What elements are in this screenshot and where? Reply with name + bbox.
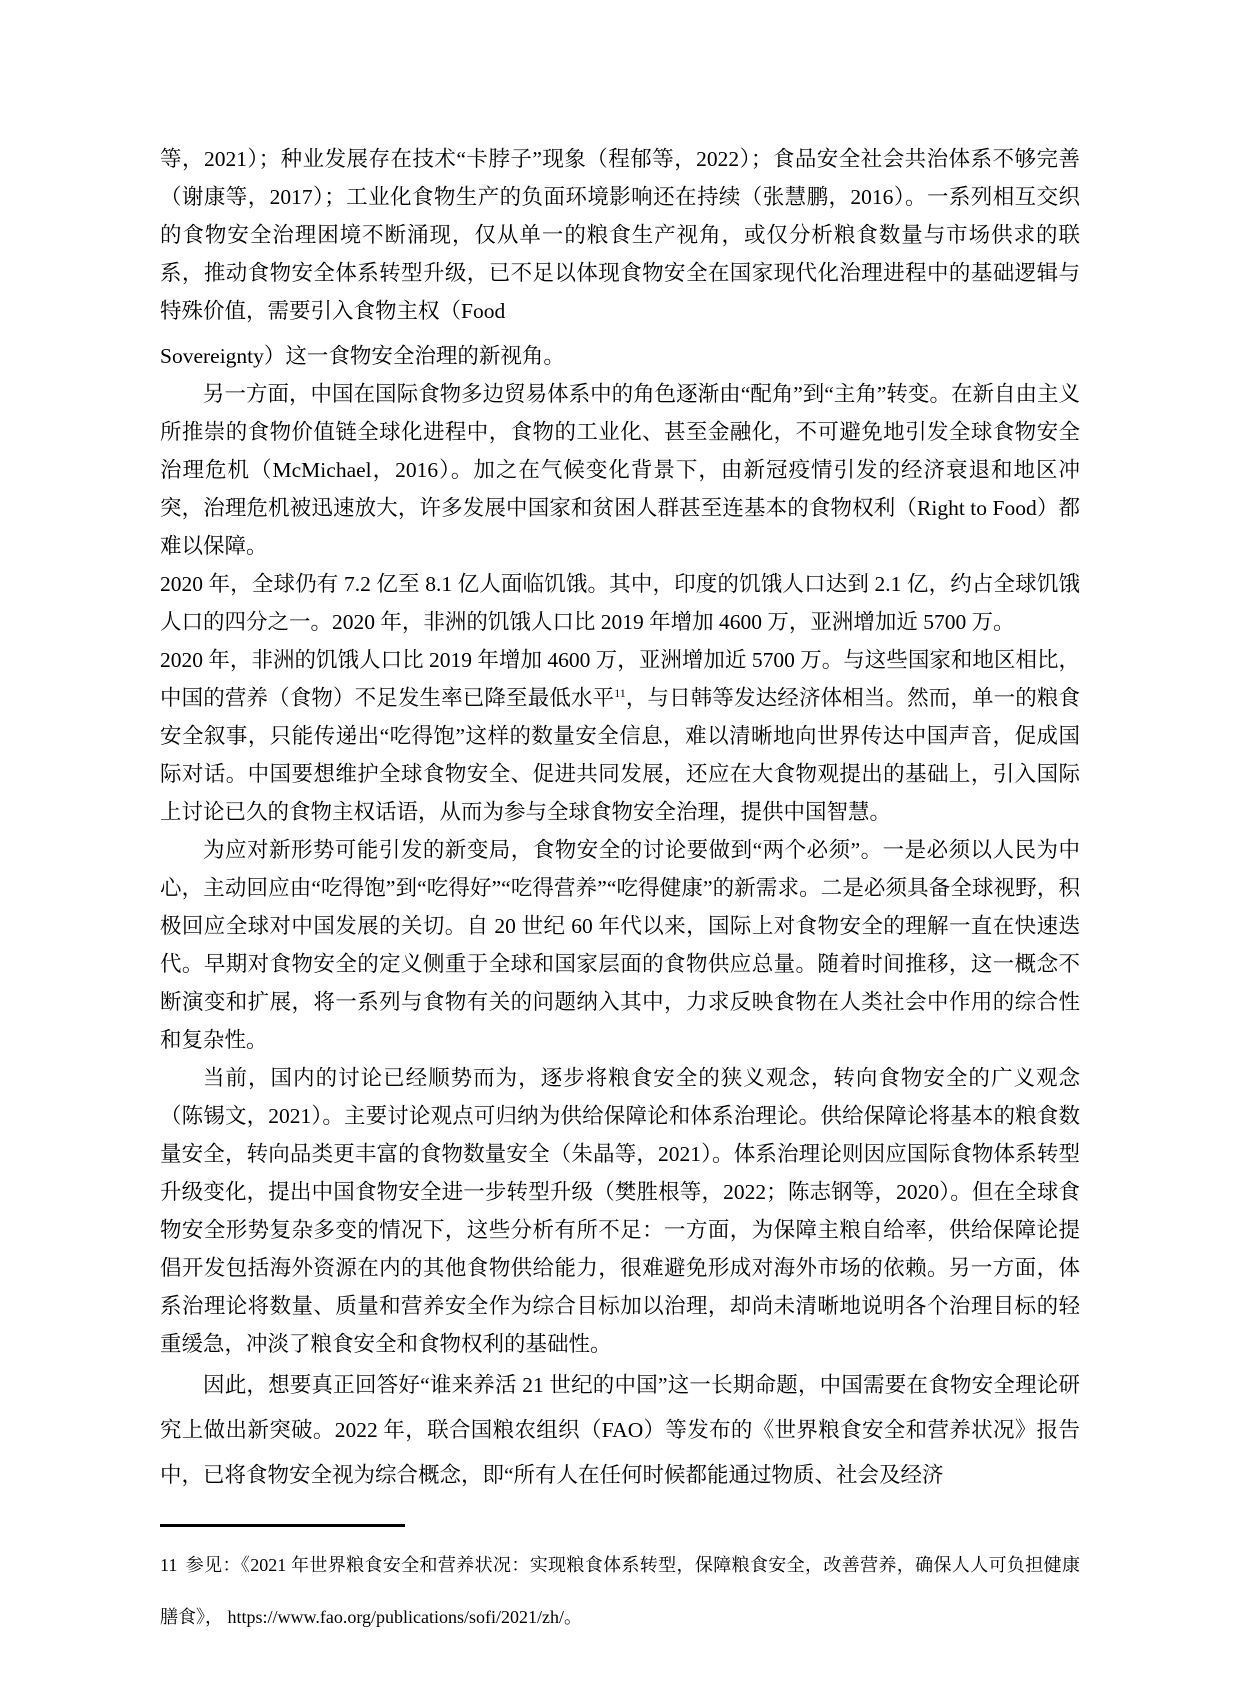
- body-text: 等，2021）；种业发展存在技术“卡脖子”现象（程郁等，2022）；食品安全社会…: [160, 140, 1080, 1498]
- paragraph-hunger-comparison: 2020 年，非洲的饥饿人口比 2019 年增加 4600 万，亚洲增加近 57…: [160, 641, 1080, 831]
- footnote-separator: [160, 1524, 405, 1527]
- footnote-area: 11参见：《2021 年世界粮食安全和营养状况：实现粮食体系转型，保障粮食安全，…: [160, 1524, 1080, 1643]
- paragraph-conclusion: 因此，想要真正回答好“谁来养活 21 世纪的中国”这一长期命题，中国需要在食物安…: [160, 1363, 1080, 1498]
- paragraph-hunger-2020: 2020 年，全球仍有 7.2 亿至 8.1 亿人面临饥饿。其中，印度的饥饿人口…: [160, 565, 1080, 641]
- footnote-text-end: 。: [564, 1607, 582, 1627]
- paragraph-continuation: 等，2021）；种业发展存在技术“卡脖子”现象（程郁等，2022）；食品安全社会…: [160, 140, 1080, 330]
- footnote-ref-11: 11: [614, 686, 626, 700]
- footnote-11: 11参见：《2021 年世界粮食安全和营养状况：实现粮食体系转型，保障粮食安全，…: [160, 1539, 1080, 1643]
- footnote-url: https://www.fao.org/publications/sofi/20…: [228, 1607, 564, 1627]
- document-page: 等，2021）；种业发展存在技术“卡脖子”现象（程郁等，2022）；食品安全社会…: [0, 0, 1240, 1683]
- footnote-number: 11: [160, 1555, 177, 1575]
- paragraph-domestic-discussion: 当前，国内的讨论已经顺势而为，逐步将粮食安全的狭义观念，转向食物安全的广义观念（…: [160, 1059, 1080, 1363]
- paragraph-global-role: 另一方面，中国在国际食物多边贸易体系中的角色逐渐由“配角”到“主角”转变。在新自…: [160, 375, 1080, 565]
- paragraph-sovereignty: Sovereignty）这一食物安全治理的新视角。: [160, 337, 1080, 375]
- paragraph-two-musts: 为应对新形势可能引发的新变局，食物安全的讨论要做到“两个必须”。一是必须以人民为…: [160, 831, 1080, 1059]
